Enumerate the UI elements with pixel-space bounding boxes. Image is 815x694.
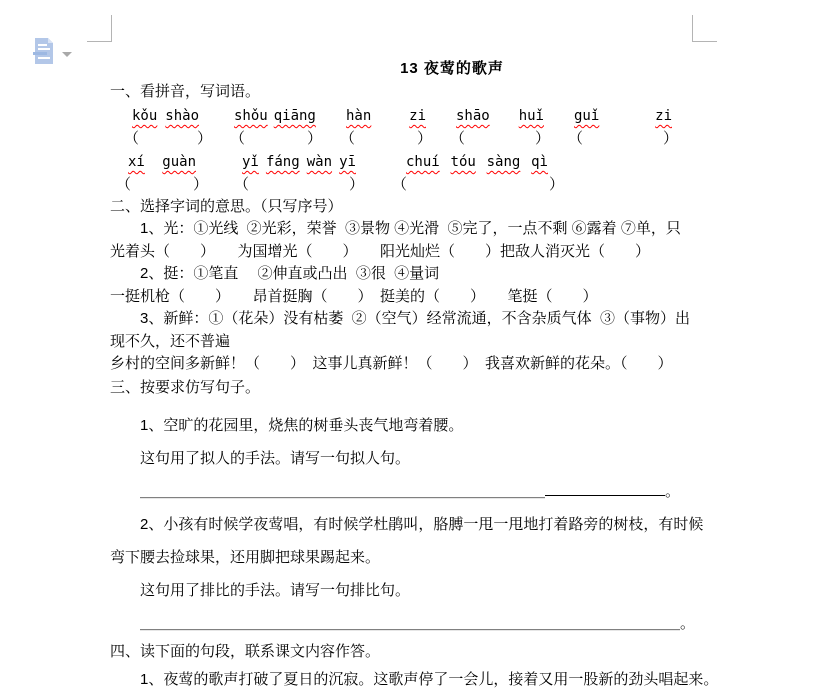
pinyin-syllable: hàn [346,103,371,129]
page-title: 13 夜莺的歌声 [150,58,754,80]
paren-close: ） [535,129,550,149]
underscore-blank: ＿＿＿＿＿＿＿＿＿＿＿＿＿＿＿＿＿＿＿＿＿＿＿＿＿＿＿＿＿＿＿＿＿＿＿＿ [140,615,680,632]
pinyin-group: chuí tóu sàng qì （ ） [392,149,564,195]
paren-close: ） [193,175,208,195]
pinyin-syllable: chuí [406,149,440,175]
section-4-heading: 四、读下面的句段，联系课文内容作答。 [110,640,714,663]
answer-blank: （ ） [230,129,322,149]
answer-blank: （ ） [234,175,364,195]
pinyin-group: yǐ fáng wàn yī （ ） [234,149,364,195]
pinyin-syllable: yī [339,149,356,175]
section-1-heading: 一、看拼音，写词语。 [110,80,714,103]
paren-close: ） [349,175,364,195]
pinyin-group: guǐ zi （ ） [568,103,678,149]
sample-sentence: 2、小孩有时候学夜莺唱，有时候学杜鹃叫，胳膊一甩一甩地打着路旁的树枝，有时候 [110,508,714,541]
paren-close: ） [549,175,564,195]
exercise-line: 一挺机枪（ ） 昂首挺胸（ ） 挺美的（ ） 笔挺（ ） [110,286,714,309]
pinyin-syllable: sàng [487,149,521,175]
paste-options-button[interactable] [31,36,72,71]
chevron-down-icon[interactable] [62,52,72,57]
paren-close: ） [417,129,432,149]
answer-blank: （ ） [568,129,678,149]
paren-open: （ [230,129,245,149]
pinyin-syllable: guàn [162,149,196,175]
pinyin-syllable: qì [531,149,548,175]
paren-close: ） [307,129,322,149]
period: 。 [665,483,680,500]
answer-blank: （ ） [392,175,564,195]
paste-options-icon[interactable] [31,36,57,71]
paren-close: ） [663,129,678,149]
pinyin-syllable: shào [165,103,199,129]
period: 。 [680,615,695,632]
pinyin-syllable: kǒu [132,103,157,129]
pinyin-syllable: shāo [456,103,490,129]
exercise-line: 3、新鲜：①（花朵）没有枯萎 ②（空气）经常流通，不含杂质气体 ③（事物）出 [110,308,714,331]
paren-open: （ [568,129,583,149]
paren-open: （ [234,175,249,195]
paren-open: （ [340,129,355,149]
exercise-line: 光着头（ ） 为国增光（ ） 阳光灿烂（ ）把敌人消灭光（ ） [110,241,714,264]
answer-line: ＿＿＿＿＿＿＿＿＿＿＿＿＿＿＿＿＿＿＿＿＿＿＿＿＿＿＿。 [110,475,714,508]
instruction-line: 这句用了拟人的手法。请写一句拟人句。 [110,442,714,475]
paren-open: （ [124,129,139,149]
pinyin-group: shāo huǐ （ ） [450,103,550,149]
pinyin-group: kǒu shào （ ） [124,103,212,149]
pinyin-group: hàn zi （ ） [340,103,432,149]
underscore-blank: ＿＿＿＿＿＿＿＿＿＿＿＿＿＿＿＿＿＿＿＿＿＿＿＿＿＿＿ [140,483,545,500]
exercise-line: 现不久，还不普遍 [110,331,714,354]
pinyin-row-2: xí guàn （ ） yǐ fáng wàn yī （ ） chuí [110,149,714,195]
document-page: 13 夜莺的歌声 一、看拼音，写词语。 kǒu shào （ ） shǒu qi… [110,58,714,694]
paren-close: ） [197,129,212,149]
section-2-heading: 二、选择字词的意思。（只写序号） [110,195,714,218]
exercise-line: 乡村的空间多新鲜！（ ） 这事儿真新鲜！（ ） 我喜欢新鲜的花朵。（ ） [110,353,714,376]
pinyin-syllable: huǐ [519,103,544,129]
pinyin-syllable: qiāng [274,103,316,129]
pinyin-syllable: tóu [451,149,476,175]
instruction-line: 这句用了排比的手法。请写一句排比句。 [110,574,714,607]
answer-line: ＿＿＿＿＿＿＿＿＿＿＿＿＿＿＿＿＿＿＿＿＿＿＿＿＿＿＿＿＿＿＿＿＿＿＿＿。 [110,607,714,640]
answer-blank: （ ） [116,175,208,195]
pinyin-syllable: yǐ [242,149,259,175]
sample-sentence-continued: 弯下腰去捡球果，还用脚把球果踢起来。 [110,541,714,574]
pinyin-group: shǒu qiāng （ ） [230,103,322,149]
answer-blank: （ ） [340,129,432,149]
pinyin-group: xí guàn （ ） [116,149,208,195]
pinyin-syllable: xí [128,149,145,175]
pinyin-syllable: shǒu [234,103,268,129]
answer-blank: （ ） [450,129,550,149]
pinyin-syllable: guǐ [574,103,599,129]
paren-open: （ [116,175,131,195]
pinyin-row-1: kǒu shào （ ） shǒu qiāng （ ） hàn zi [110,103,714,149]
answer-blank: （ ） [124,129,212,149]
paren-open: （ [450,129,465,149]
page-margin-mark-right [692,15,717,42]
sample-sentence: 1、夜莺的歌声打破了夏日的沉寂。这歌声停了一会儿，接着又用一股新的劲头唱起来。 [110,663,714,694]
pinyin-syllable: wàn [307,149,332,175]
exercise-line: 2、挺：①笔直 ②伸直或凸出 ③很 ④量词 [110,263,714,286]
page-margin-mark-left [87,15,112,42]
pinyin-syllable: zi [409,103,426,129]
paren-open: （ [392,175,407,195]
section-3-heading: 三、按要求仿写句子。 [110,376,714,399]
pinyin-syllable: fáng [266,149,300,175]
pinyin-syllable: zi [655,103,672,129]
exercise-line: 1、光：①光线 ②光彩，荣誉 ③景物 ④光滑 ⑤完了，一点不剩 ⑥露着 ⑦单，只 [110,218,714,241]
solid-blank-line [545,481,665,496]
sample-sentence: 1、空旷的花园里，烧焦的树垂头丧气地弯着腰。 [110,409,714,442]
